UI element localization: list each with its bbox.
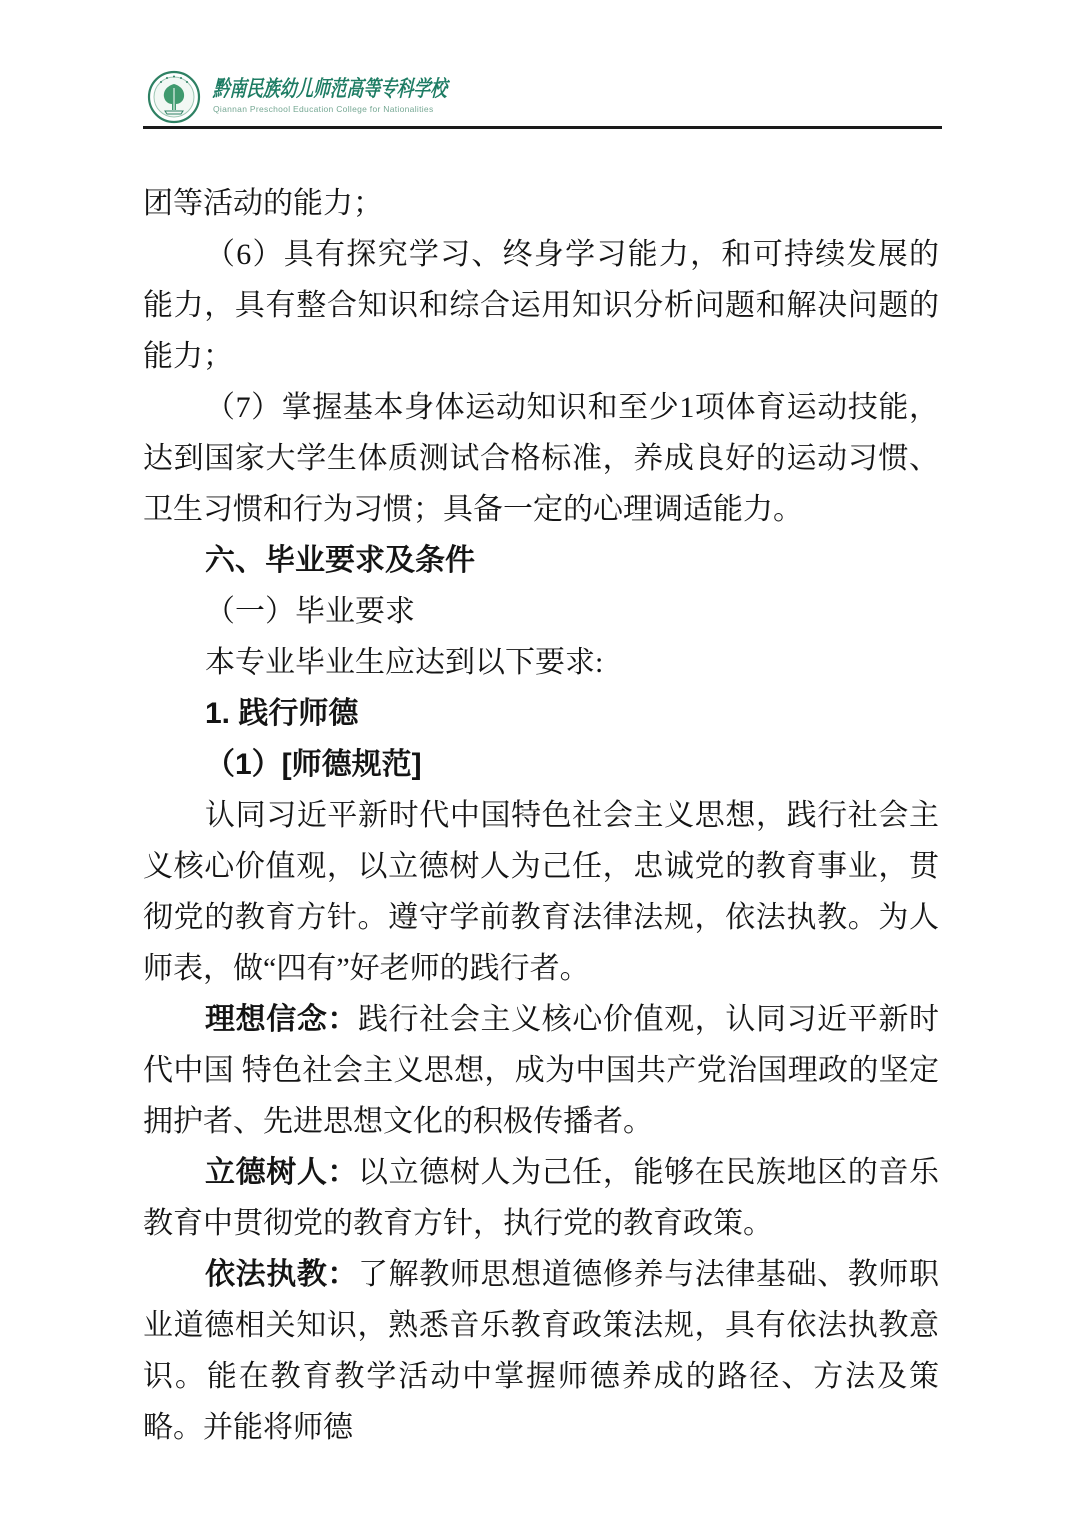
item-heading-1: 1. 践行师德: [143, 688, 939, 739]
paragraph-intro: 本专业毕业生应达到以下要求:: [143, 637, 939, 688]
college-name-en: Qiannan Preschool Education College for …: [213, 104, 521, 115]
document-page: 黔南民族幼儿师范高等专科学校 Qiannan Preschool Educati…: [0, 0, 1074, 1520]
paragraph-item-7: （7）掌握基本身体运动知识和至少1项体育运动技能，达到国家大学生体质测试合格标准…: [143, 382, 939, 535]
subsection-heading: （一）毕业要求: [143, 586, 939, 637]
paragraph-continuation: 团等活动的能力；: [143, 178, 939, 229]
lead-label: 理想信念：: [205, 1003, 358, 1036]
paragraph-yifa-zhijiao: 依法执教：了解教师思想道德修养与法律基础、教师职业道德相关知识，熟悉音乐教育政策…: [143, 1249, 939, 1453]
header-divider: [143, 126, 942, 129]
section-heading: 六、毕业要求及条件: [143, 535, 939, 586]
page-header: 黔南民族幼儿师范高等专科学校 Qiannan Preschool Educati…: [143, 68, 940, 130]
lead-label: 依法执教：: [205, 1258, 358, 1291]
tree-seal-icon: [147, 70, 201, 124]
college-name-zh: 黔南民族幼儿师范高等专科学校: [212, 76, 447, 102]
college-logo: 黔南民族幼儿师范高等专科学校 Qiannan Preschool Educati…: [147, 70, 521, 124]
lead-label: 立德树人：: [205, 1156, 358, 1189]
paragraph-lixiang-xinnian: 理想信念：践行社会主义核心价值观，认同习近平新时代中国 特色社会主义思想，成为中…: [143, 994, 939, 1147]
document-body: 团等活动的能力； （6）具有探究学习、终身学习能力，和可持续发展的能力，具有整合…: [143, 178, 939, 1453]
item-heading-1-1: （1）[师德规范]: [143, 739, 939, 790]
paragraph-item-6: （6）具有探究学习、终身学习能力，和可持续发展的能力，具有整合知识和综合运用知识…: [143, 229, 939, 382]
logo-text: 黔南民族幼儿师范高等专科学校 Qiannan Preschool Educati…: [213, 70, 521, 115]
paragraph-shide-guifan: 认同习近平新时代中国特色社会主义思想，践行社会主义核心价值观，以立德树人为己任，…: [143, 790, 939, 994]
paragraph-lide-shuren: 立德树人：以立德树人为己任，能够在民族地区的音乐教育中贯彻党的教育方针，执行党的…: [143, 1147, 939, 1249]
